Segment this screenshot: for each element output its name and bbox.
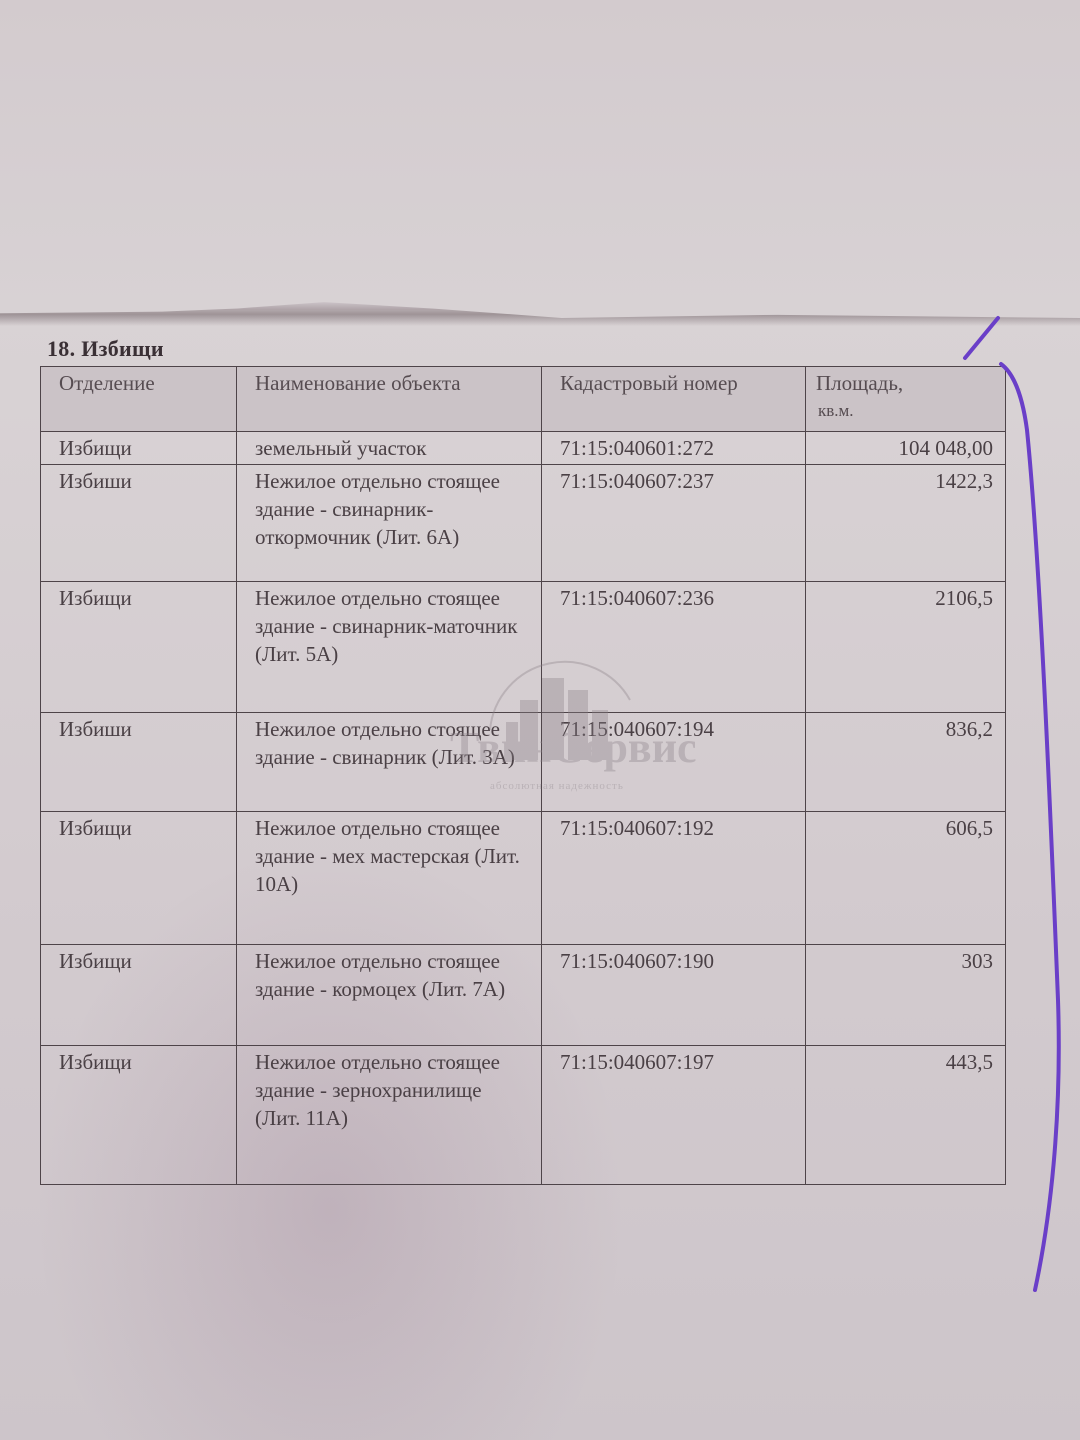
cell-area: 303 xyxy=(806,945,1006,1046)
cell-cadastral-number: 71:15:040607:190 xyxy=(542,945,806,1046)
cell-object-name: Нежилое отдельно стоящее здание - зернох… xyxy=(237,1046,542,1185)
cell-cadastral-number: 71:15:040607:192 xyxy=(542,812,806,945)
table-row: Избищи Нежилое отдельно стоящее здание -… xyxy=(41,945,1006,1046)
section-title: 18. Избищи xyxy=(47,336,164,362)
header-department: Отделение xyxy=(41,367,237,432)
cell-object-name: Нежилое отдельно стоящее здание - свинар… xyxy=(237,582,542,713)
header-object-name: Наименование объекта xyxy=(237,367,542,432)
cell-area: 443,5 xyxy=(806,1046,1006,1185)
property-table: Отделение Наименование объекта Кадастров… xyxy=(40,366,1006,1185)
cell-object-name: земельный участок xyxy=(237,432,542,465)
cell-area: 2106,5 xyxy=(806,582,1006,713)
overlapping-blank-page xyxy=(0,0,1080,318)
cell-object-name: Нежилое отдельно стоящее здание - свинар… xyxy=(237,713,542,812)
cell-cadastral-number: 71:15:040607:197 xyxy=(542,1046,806,1185)
cell-object-name: Нежилое отдельно стоящее здание - свинар… xyxy=(237,465,542,582)
cell-area: 606,5 xyxy=(806,812,1006,945)
cell-department: Избищи xyxy=(41,945,237,1046)
header-cadastral-number: Кадастровый номер xyxy=(542,367,806,432)
cell-department: Избищи xyxy=(41,582,237,713)
table-row: Избищи Нежилое отдельно стоящее здание -… xyxy=(41,812,1006,945)
cell-department: Избищи xyxy=(41,812,237,945)
cell-department: Избищи xyxy=(41,432,237,465)
cell-department: Избиши xyxy=(41,713,237,812)
table-row: Избищи Нежилое отдельно стоящее здание -… xyxy=(41,1046,1006,1185)
table-header-row: Отделение Наименование объекта Кадастров… xyxy=(41,367,1006,432)
table-row: Избиши Нежилое отдельно стоящее здание -… xyxy=(41,713,1006,812)
cell-cadastral-number: 71:15:040601:272 xyxy=(542,432,806,465)
cell-area: 104 048,00 xyxy=(806,432,1006,465)
table-row: Избиши Нежилое отдельно стоящее здание -… xyxy=(41,465,1006,582)
header-area: Площадь, кв.м. xyxy=(806,367,1006,432)
cell-object-name: Нежилое отдельно стоящее здание - кормоц… xyxy=(237,945,542,1046)
cell-area: 836,2 xyxy=(806,713,1006,812)
cell-department: Избищи xyxy=(41,1046,237,1185)
header-area-label: Площадь, xyxy=(816,371,903,395)
header-area-unit: кв.м. xyxy=(816,397,993,425)
cell-cadastral-number: 71:15:040607:237 xyxy=(542,465,806,582)
cell-department: Избиши xyxy=(41,465,237,582)
table-row: Избищи земельный участок 71:15:040601:27… xyxy=(41,432,1006,465)
cell-object-name: Нежилое отдельно стоящее здание - мех ма… xyxy=(237,812,542,945)
cell-cadastral-number: 71:15:040607:236 xyxy=(542,582,806,713)
cell-cadastral-number: 71:15:040607:194 xyxy=(542,713,806,812)
cell-area: 1422,3 xyxy=(806,465,1006,582)
table-row: Избищи Нежилое отдельно стоящее здание -… xyxy=(41,582,1006,713)
